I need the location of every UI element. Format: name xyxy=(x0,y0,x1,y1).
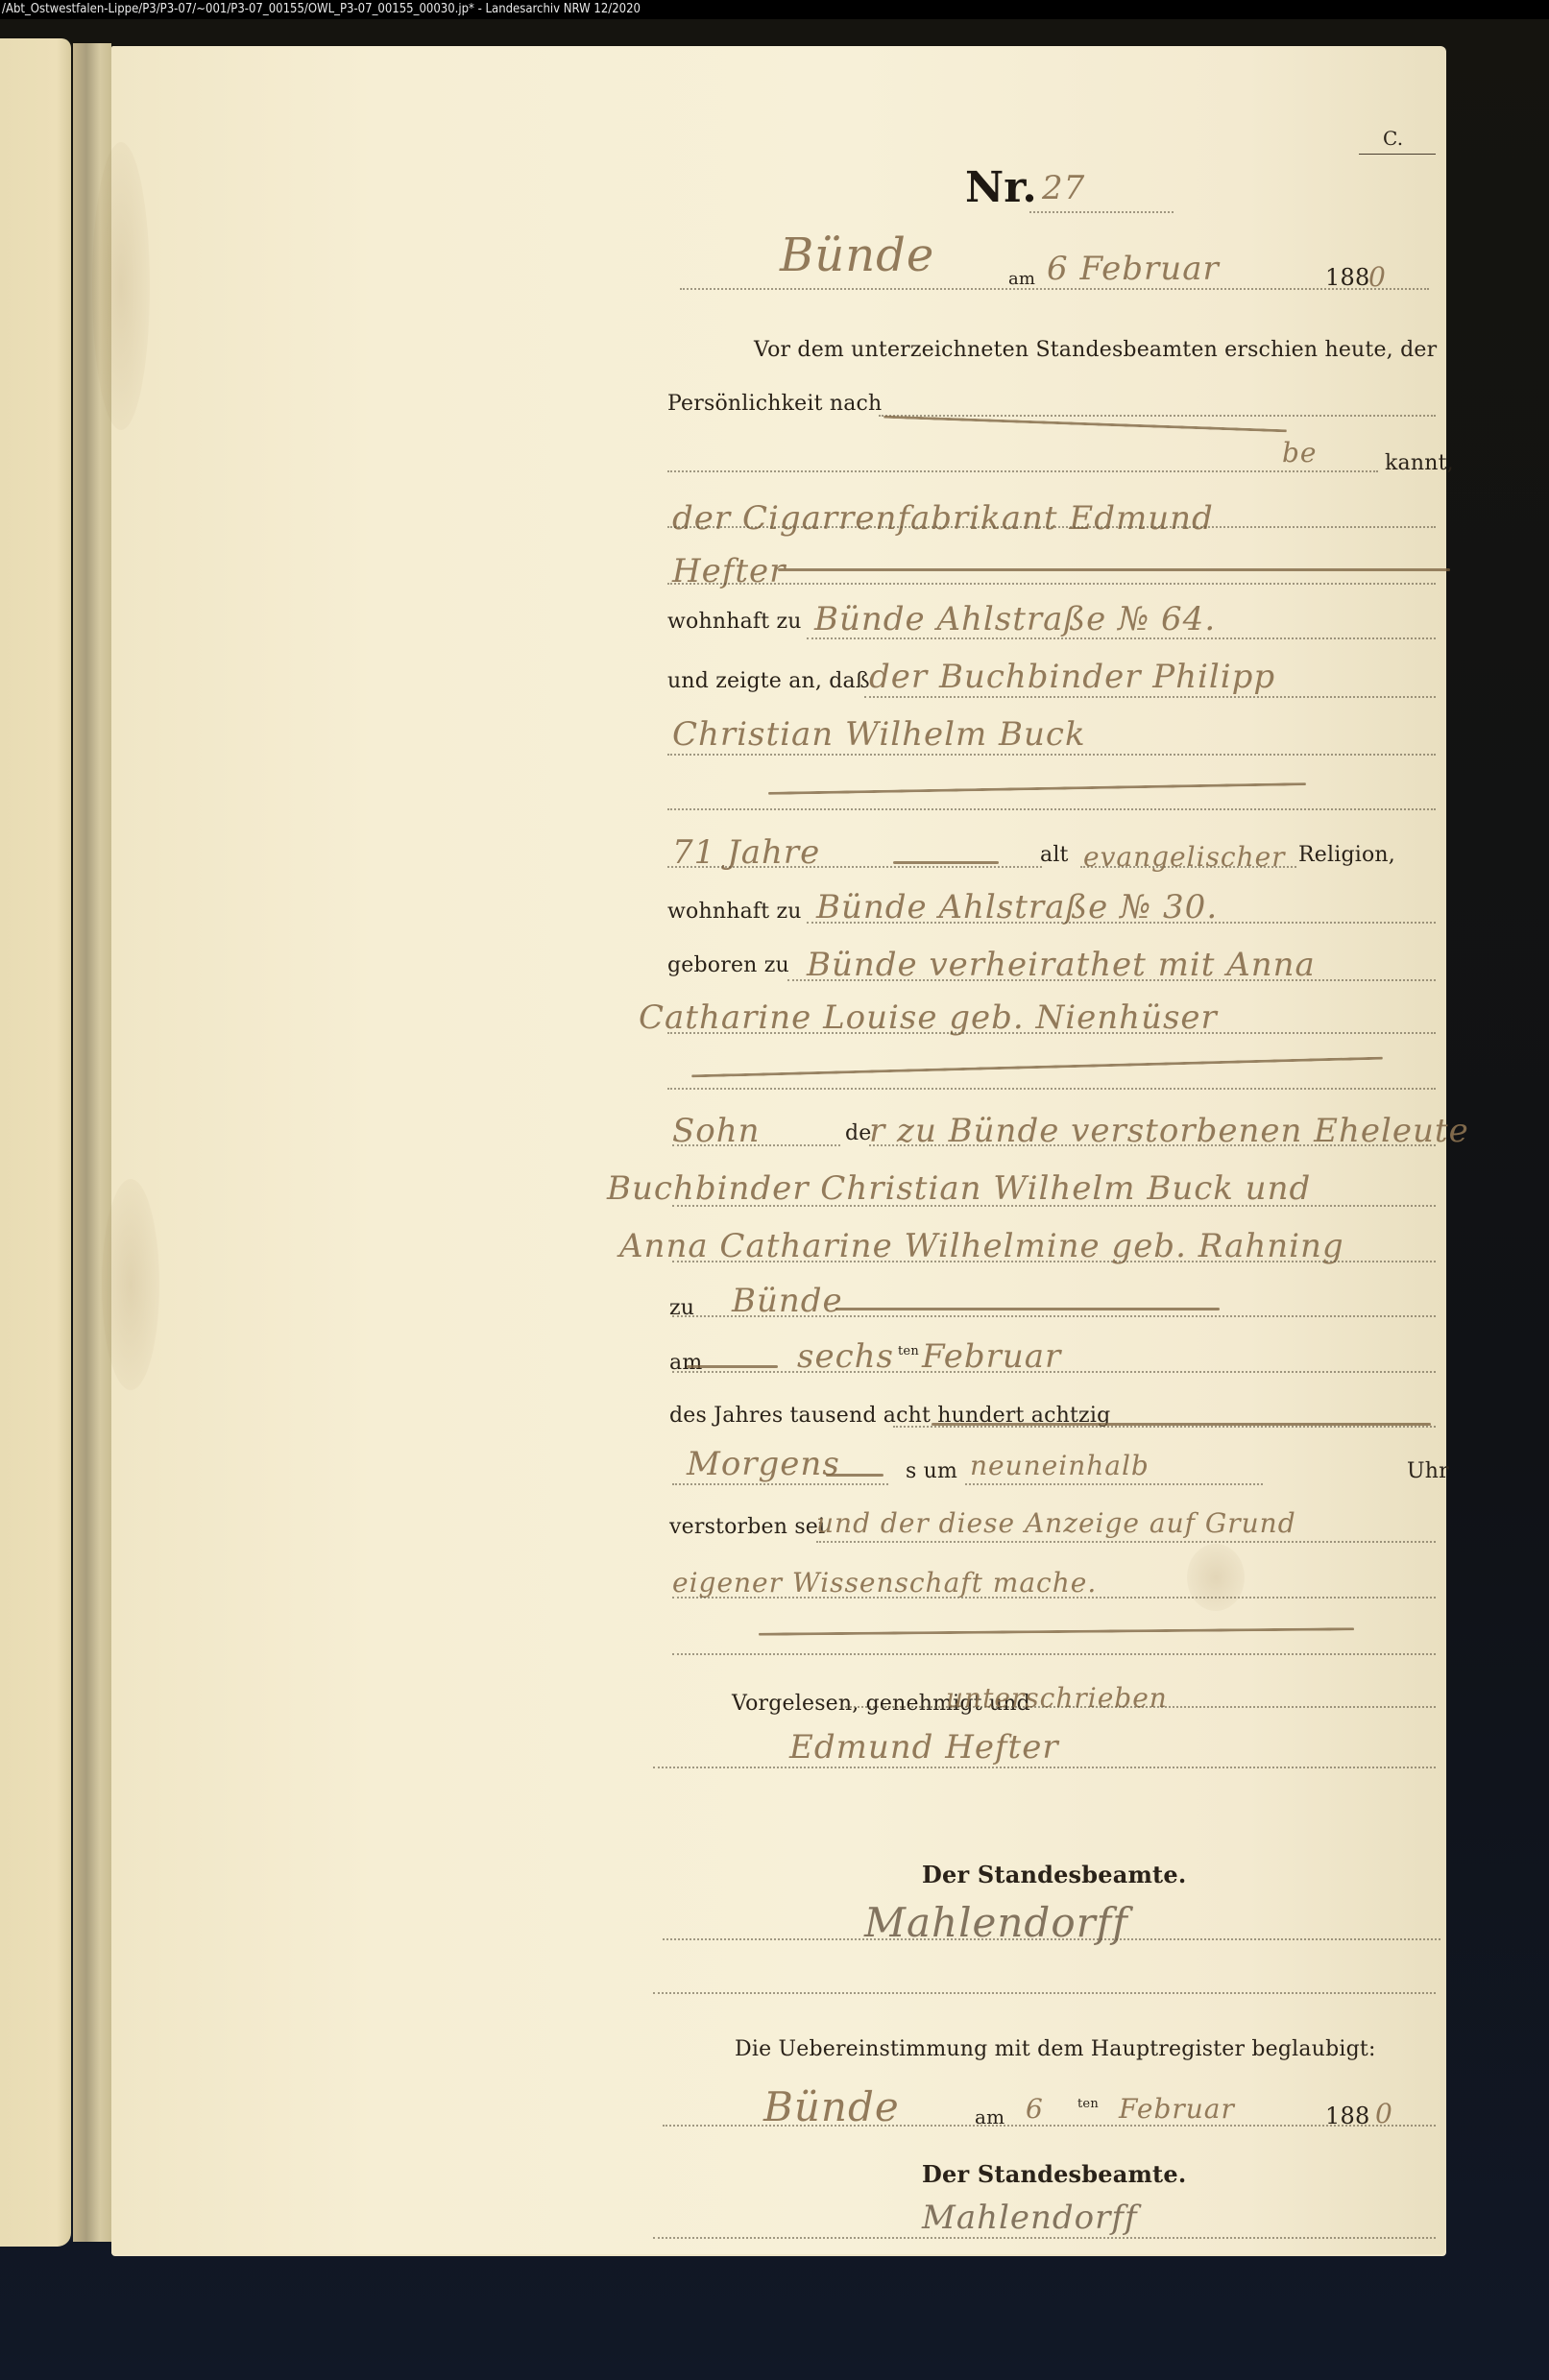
parents-line-2: Buchbinder Christian Wilhelm Buck und xyxy=(607,1169,1311,1208)
certification-signature-rule xyxy=(653,2237,1436,2239)
age-fill-stroke xyxy=(893,861,999,864)
age-rule xyxy=(667,866,1042,868)
remark-rule-1 xyxy=(816,1541,1436,1543)
religion-rule xyxy=(1080,866,1296,868)
header-am-label: am xyxy=(1008,269,1035,289)
death-time-stroke xyxy=(826,1474,883,1477)
relation-rule xyxy=(672,1144,840,1146)
born-label: geboren zu xyxy=(667,953,789,977)
remark-line-2: eigener Wissenschaft mache. xyxy=(672,1567,1097,1599)
death-ten-label: ten xyxy=(898,1344,919,1358)
death-date-rule xyxy=(672,1371,1436,1373)
death-ten-text: ten xyxy=(898,1344,919,1358)
header-place: Bünde xyxy=(780,228,934,282)
informant-residence: Bünde Ahlstraße № 64. xyxy=(814,600,1216,638)
certification-text: Die Uebereinstimmung mit dem Hauptregist… xyxy=(735,2037,1376,2061)
record-number-line xyxy=(1029,211,1174,213)
window-title: /Abt_Ostwestfalen-Lippe/P3/P3-07/~001/P3… xyxy=(2,2,641,16)
parents-rule-3 xyxy=(672,1261,1436,1262)
record-number-value: 27 xyxy=(1042,169,1085,207)
intro-line-2 xyxy=(879,415,1436,417)
parents-rule-1 xyxy=(869,1144,1436,1146)
born-line-2: Catharine Louise geb. Nienhüser xyxy=(639,998,1218,1037)
informant-line-1: der Cigarrenfabrikant Edmund xyxy=(672,499,1214,538)
intro-line-3 xyxy=(667,470,1378,472)
zu-fill-stroke xyxy=(835,1308,1220,1310)
uhr-label: Uhr xyxy=(1407,1459,1449,1483)
deceased-residence-rule xyxy=(807,922,1436,924)
deceased-blank-rule xyxy=(667,808,1436,810)
certification-place: Bünde xyxy=(763,2083,900,2130)
certification-ten-label: ten xyxy=(1077,2097,1099,2111)
read-approved-hand: unterschrieben xyxy=(946,1682,1168,1714)
born-rule-1 xyxy=(787,979,1436,981)
informant-line-2: Hefter xyxy=(672,552,786,590)
header-line xyxy=(680,288,1429,290)
informant-signature-rule xyxy=(653,1767,1436,1768)
previous-page-edge xyxy=(0,38,71,2247)
deceased-name: Christian Wilhelm Buck xyxy=(672,715,1086,754)
died-label: verstorben sei xyxy=(669,1515,825,1539)
official-title: Der Standesbeamte. xyxy=(922,1861,1186,1888)
de-label: de xyxy=(845,1121,872,1145)
announce-rule xyxy=(864,696,1436,698)
window-title-bar: /Abt_Ostwestfalen-Lippe/P3/P3-07/~001/P3… xyxy=(0,0,1549,19)
certification-month: Februar xyxy=(1119,2093,1235,2125)
death-time-rule xyxy=(672,1483,888,1485)
intro-line-1: Vor dem unterzeichneten Standesbeamten e… xyxy=(754,338,1437,362)
born-line-1: Bünde verheirathet mit Anna xyxy=(807,946,1316,984)
certification-day: 6 xyxy=(1026,2093,1044,2125)
certification-signature: Mahlendorff xyxy=(922,2199,1138,2237)
announce-hand: der Buchbinder Philipp xyxy=(869,658,1275,696)
remark-blank-rule xyxy=(672,1653,1436,1655)
form-letter-underline xyxy=(1359,154,1436,155)
header-year-prefix: 188 xyxy=(1325,264,1369,291)
informant-line-1-rule xyxy=(667,526,1436,528)
certification-date-rule xyxy=(663,2125,1436,2127)
informant-signature: Edmund Hefter xyxy=(789,1728,1059,1767)
record-number-label: Nr. xyxy=(965,163,1037,212)
religion-label: Religion, xyxy=(1298,843,1395,867)
form-letter: C. xyxy=(1383,127,1403,150)
intro-line-2-label: Persönlichkeit nach xyxy=(667,392,882,416)
death-time-of-day: Morgens xyxy=(687,1445,840,1483)
death-hour-rule xyxy=(965,1483,1263,1485)
death-year-rule xyxy=(893,1426,1436,1428)
parents-rule-2 xyxy=(672,1205,1436,1207)
header-date: 6 Februar xyxy=(1047,250,1220,288)
zu-place: Bünde xyxy=(732,1282,843,1320)
death-hour: neuneinhalb xyxy=(970,1450,1150,1481)
deceased-residence: Bünde Ahlstraße № 30. xyxy=(816,888,1218,926)
register-page xyxy=(111,46,1446,2254)
death-am-stroke xyxy=(687,1365,778,1368)
informant-line-2-rule xyxy=(667,583,1436,585)
religion-hand: evangelischer xyxy=(1083,841,1286,873)
alt-label: alt xyxy=(1040,843,1069,867)
informant-residence-rule xyxy=(807,637,1436,639)
read-approved-rule xyxy=(845,1706,1436,1708)
deceased-residence-label: wohnhaft zu xyxy=(667,900,802,924)
parents-line-3: Anna Catharine Wilhelmine geb. Rahning xyxy=(619,1227,1344,1265)
official-signature-rule xyxy=(663,1938,1440,1940)
official-blank-rule xyxy=(653,1992,1436,1994)
s-um-label: s um xyxy=(906,1459,957,1483)
zu-rule xyxy=(672,1315,1436,1317)
announce-label: und zeigte an, daß xyxy=(667,669,870,693)
death-month: Februar xyxy=(922,1337,1061,1376)
informant-residence-label: wohnhaft zu xyxy=(667,610,802,634)
certification-official-title: Der Standesbeamte. xyxy=(922,2160,1186,2188)
intro-known-label: kannt, xyxy=(1385,451,1454,475)
remark-rule-2 xyxy=(672,1597,1436,1599)
remark-line-1: und der diese Anzeige auf Grund xyxy=(816,1507,1296,1539)
born-rule-2 xyxy=(667,1032,1436,1034)
informant-fill-stroke xyxy=(778,568,1450,571)
death-day: sechs xyxy=(797,1337,894,1376)
intro-known-hand: be xyxy=(1282,437,1318,469)
deceased-name-rule xyxy=(667,754,1436,756)
born-blank-rule xyxy=(667,1088,1436,1090)
